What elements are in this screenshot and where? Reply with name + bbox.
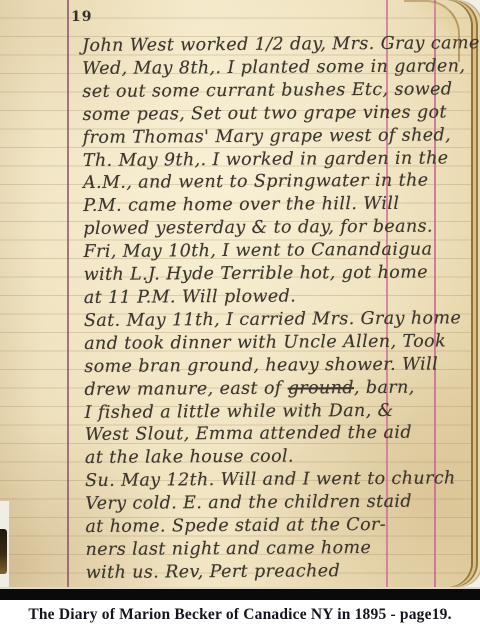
caption: The Diary of Marion Becker of Canadice N… — [28, 606, 451, 625]
diary-page-sheet: 19 John West worked 1/2 day, Mrs. Gray c… — [0, 0, 471, 587]
diary-line: Su. May 12th. Will and I went to church — [85, 468, 463, 494]
diary-line: at 11 P.M. Will plowed. — [84, 284, 462, 310]
diary-line: and took dinner with Uncle Allen, Took — [84, 330, 462, 356]
diary-photo: 19 John West worked 1/2 day, Mrs. Gray c… — [0, 0, 480, 587]
diary-line: I fished a little while with Dan, & — [85, 399, 463, 425]
divider-band — [0, 587, 480, 600]
diary-line: plowed yesterday & to day, for beans. — [83, 216, 461, 242]
book-cover-fragment — [0, 529, 7, 574]
diary-line: P.M. came home over the hill. Will — [83, 193, 461, 219]
diary-line: Th. May 9th,. I worked in garden in the — [83, 147, 461, 173]
diary-line: with us. Rev, Pert preached — [86, 559, 464, 585]
diary-line: A.M., and went to Springwater in the — [83, 170, 461, 196]
diary-line: some bran ground, heavy shower. Will — [84, 353, 462, 379]
diary-line: set out some currant bushes Etc, sowed — [82, 78, 460, 104]
diary-lines: John West worked 1/2 day, Mrs. Gray came… — [82, 32, 464, 584]
diary-line: some peas, Set out two grape vines got — [82, 101, 460, 127]
diary-line: Very cold. E. and the children staid — [85, 490, 463, 516]
diary-line: at home. Spede staid at the Cor- — [85, 513, 463, 539]
page-number: 19 — [71, 9, 92, 25]
diary-line: with L.J. Hyde Terrible hot, got home — [84, 261, 462, 287]
diary-scan-page: 19 John West worked 1/2 day, Mrs. Gray c… — [0, 0, 480, 630]
crossed-out-word: ground — [288, 378, 354, 398]
diary-line: from Thomas' Mary grape west of shed, — [83, 124, 461, 150]
diary-line: Sat. May 11th, I carried Mrs. Gray home — [84, 307, 462, 333]
diary-line: at the lake house cool. — [85, 445, 463, 471]
diary-line: ners last night and came home — [86, 536, 464, 562]
diary-line: Fri, May 10th, I went to Canandaigua — [83, 239, 461, 265]
left-margin-line — [67, 0, 69, 587]
diary-line: West Slout, Emma attended the aid — [85, 422, 463, 448]
caption-area: The Diary of Marion Becker of Canadice N… — [0, 600, 480, 630]
diary-line: drew manure, east of ground, barn, — [84, 376, 462, 402]
